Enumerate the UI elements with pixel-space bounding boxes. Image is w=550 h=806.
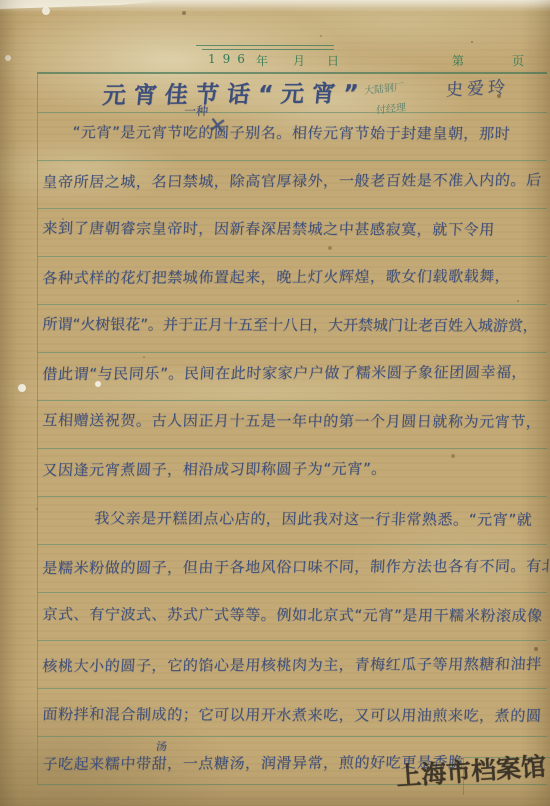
manuscript-page: { "header": { "year_prefix": "196", "yea… <box>0 0 550 806</box>
header-double-line-bottom <box>202 49 334 50</box>
ruled-line <box>37 352 547 353</box>
header-day-char: 日 <box>327 52 339 69</box>
manuscript-line: 互相赠送祝贺。古人因正月十五是一年中的第一个月圆日就称为元宵节， <box>41 409 549 445</box>
ruled-line <box>37 640 547 641</box>
manuscript-line: 京式、有宁波式、苏式广式等等。例如北京式“元宵”是用干糯米粉滚成像 <box>41 603 549 639</box>
annotation-role: 付经理 <box>376 98 406 116</box>
ruled-line <box>37 112 547 113</box>
header-month-char: 月 <box>293 52 305 69</box>
ruled-line <box>37 400 547 401</box>
ruled-line <box>37 304 547 305</box>
manuscript-line: 所谓“火树银花”。并于正月十五至十八日，大开禁城门让老百姓入城游赏， <box>41 313 549 349</box>
manuscript-line: 又因逢元宵煮圆子，相沿成习即称圆子为“元宵”。 <box>41 457 549 493</box>
document-title: 元宵佳节话“元宵” <box>101 75 368 110</box>
ruled-line <box>37 496 547 497</box>
left-margin-line <box>37 72 38 784</box>
insertion-mark-text: 一种 <box>183 102 209 119</box>
ruled-line <box>37 160 547 161</box>
annotation-unit: 大陆钢厂 <box>364 78 404 97</box>
scan-corner-sliver <box>0 0 170 9</box>
author-signature: 史爱玲 <box>446 72 510 100</box>
manuscript-line: 皇帝所居之城，名曰禁城，除高官厚禄外，一般老百姓是不准入内的。后 <box>41 169 549 205</box>
manuscript-line: 来到了唐朝睿宗皇帝时，因新春深居禁城之中甚感寂寞，就下令用 <box>41 217 549 253</box>
ruled-line <box>37 448 547 449</box>
ruled-line <box>37 544 547 545</box>
header-double-line-top <box>196 45 334 46</box>
ruled-line <box>37 256 547 257</box>
manuscript-line: 是糯米粉做的圆子，但由于各地风俗口味不同，制作方法也各有不同。有北 <box>41 555 549 591</box>
manuscript-line: 核桃大小的圆子，它的馅心是用核桃肉为主，青梅红瓜子等用熬糖和油拌 <box>41 653 549 689</box>
header-year-char: 年 <box>256 52 268 69</box>
header-page-char: 页 <box>512 52 524 69</box>
manuscript-line: 各种式样的花灯把禁城佈置起来，晚上灯火辉煌，歌女们载歌载舞， <box>41 265 549 301</box>
ruled-line <box>37 592 547 593</box>
header-page-prefix: 第 <box>452 52 464 69</box>
manuscript-line: 我父亲是开糕团点心店的，因此我对这一行非常熟悉。“元宵”就 <box>41 507 550 543</box>
ruled-line <box>37 208 547 209</box>
header-year-digits: 196 <box>208 52 252 66</box>
manuscript-line: 面粉拌和混合制成的；它可以用开水煮来吃，又可以用油煎来吃，煮的圆 <box>41 703 549 739</box>
manuscript-line: “元宵”是元宵节吃的圆子别名。相传元宵节始于封建皇朝，那时 <box>41 121 550 157</box>
manuscript-line: 借此谓“与民同乐”。民间在此时家家户户做了糯米圆子象征团圆幸福， <box>41 361 549 397</box>
paper-white-spots <box>0 0 4 4</box>
